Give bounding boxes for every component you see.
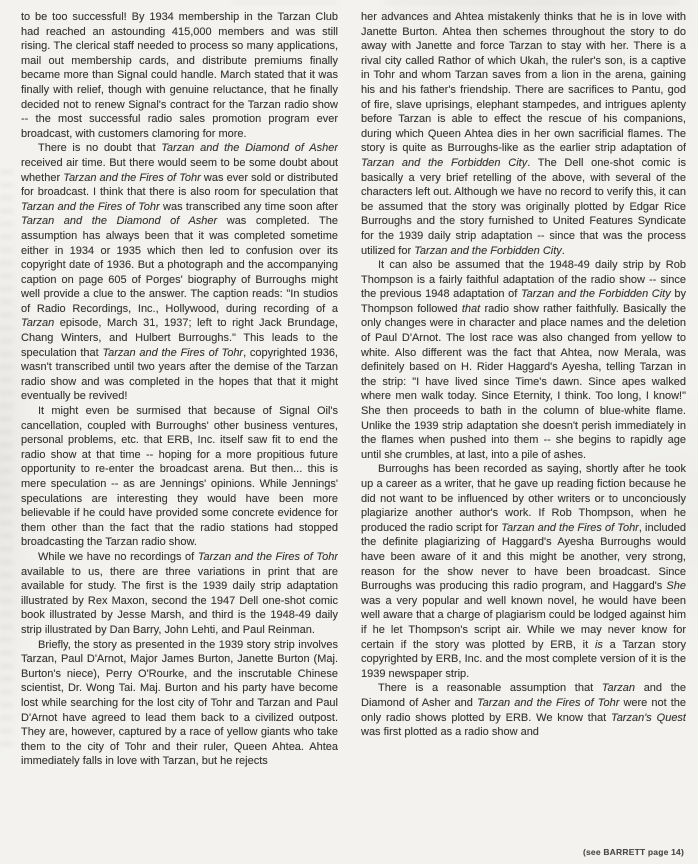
body-text: available to us, there are three variati… bbox=[21, 566, 338, 636]
body-text: There is a reasonable assumption that bbox=[378, 682, 602, 694]
paragraph: to be too successful! By 1934 membership… bbox=[21, 10, 338, 141]
paragraph: While we have no recordings of Tarzan an… bbox=[21, 550, 338, 638]
book-title-italic: Tarzan and the Fires of Tohr bbox=[198, 551, 338, 563]
paragraph: Burroughs has been recorded as saying, s… bbox=[361, 462, 686, 681]
body-text: was transcribed any time soon after bbox=[160, 201, 338, 213]
book-title-italic: Tarzan's Quest bbox=[611, 712, 686, 724]
book-title-italic: Tarzan and the Fires of Tohr bbox=[501, 522, 639, 534]
body-text: . The Dell one-shot comic is basically a… bbox=[361, 157, 686, 257]
body-text: It might even be surmised that because o… bbox=[21, 405, 338, 548]
body-text: was first plotted as a radio show and bbox=[361, 726, 539, 738]
body-text: to be too successful! By 1934 membership… bbox=[21, 11, 338, 140]
continuation-note: (see BARRETT page 14) bbox=[583, 847, 684, 857]
body-text: There is no doubt that bbox=[38, 142, 161, 154]
body-text: her advances and Ahtea mistakenly thinks… bbox=[361, 11, 686, 154]
book-title-italic: Tarzan bbox=[602, 682, 635, 694]
article-column-right: her advances and Ahtea mistakenly thinks… bbox=[361, 10, 686, 864]
book-title-italic: Tarzan and the Forbidden City bbox=[521, 288, 671, 300]
book-title-italic: Tarzan and the Forbidden City bbox=[414, 245, 562, 257]
book-title-italic: Tarzan bbox=[21, 317, 54, 329]
paragraph: her advances and Ahtea mistakenly thinks… bbox=[361, 10, 686, 258]
book-title-italic: is bbox=[595, 639, 603, 651]
scanned-article-page: to be too successful! By 1934 membership… bbox=[0, 0, 698, 864]
paragraph: There is a reasonable assumption that Ta… bbox=[361, 681, 686, 739]
bleed-through-artifact bbox=[0, 170, 13, 750]
paragraph: Briefly, the story as presented in the 1… bbox=[21, 638, 338, 769]
book-title-italic: Tarzan and the Forbidden City bbox=[361, 157, 527, 169]
body-text: was completed. The assumption has always… bbox=[21, 215, 338, 315]
body-text: radio show rather faithfully. Basically … bbox=[361, 303, 686, 461]
book-title-italic: Tarzan and the Fires of Tohr bbox=[63, 172, 201, 184]
book-title-italic: She bbox=[666, 580, 686, 592]
paragraph: It might even be surmised that because o… bbox=[21, 404, 338, 550]
book-title-italic: that bbox=[462, 303, 480, 315]
paragraph: There is no doubt that Tarzan and the Di… bbox=[21, 141, 338, 404]
book-title-italic: Tarzan and the Diamond of Asher bbox=[161, 142, 338, 154]
body-text: . bbox=[562, 245, 565, 257]
book-title-italic: Tarzan and the Fires of Tohr bbox=[21, 201, 160, 213]
book-title-italic: Tarzan and the Diamond of Asher bbox=[21, 215, 217, 227]
article-column-left: to be too successful! By 1934 membership… bbox=[21, 10, 338, 864]
book-title-italic: Tarzan and the Fires of Tohr bbox=[102, 347, 243, 359]
body-text: While we have no recordings of bbox=[38, 551, 198, 563]
book-title-italic: Tarzan and the Fires of Tohr bbox=[477, 697, 619, 709]
body-text: Briefly, the story as presented in the 1… bbox=[21, 639, 338, 768]
paragraph: It can also be assumed that the 1948-49 … bbox=[361, 258, 686, 462]
